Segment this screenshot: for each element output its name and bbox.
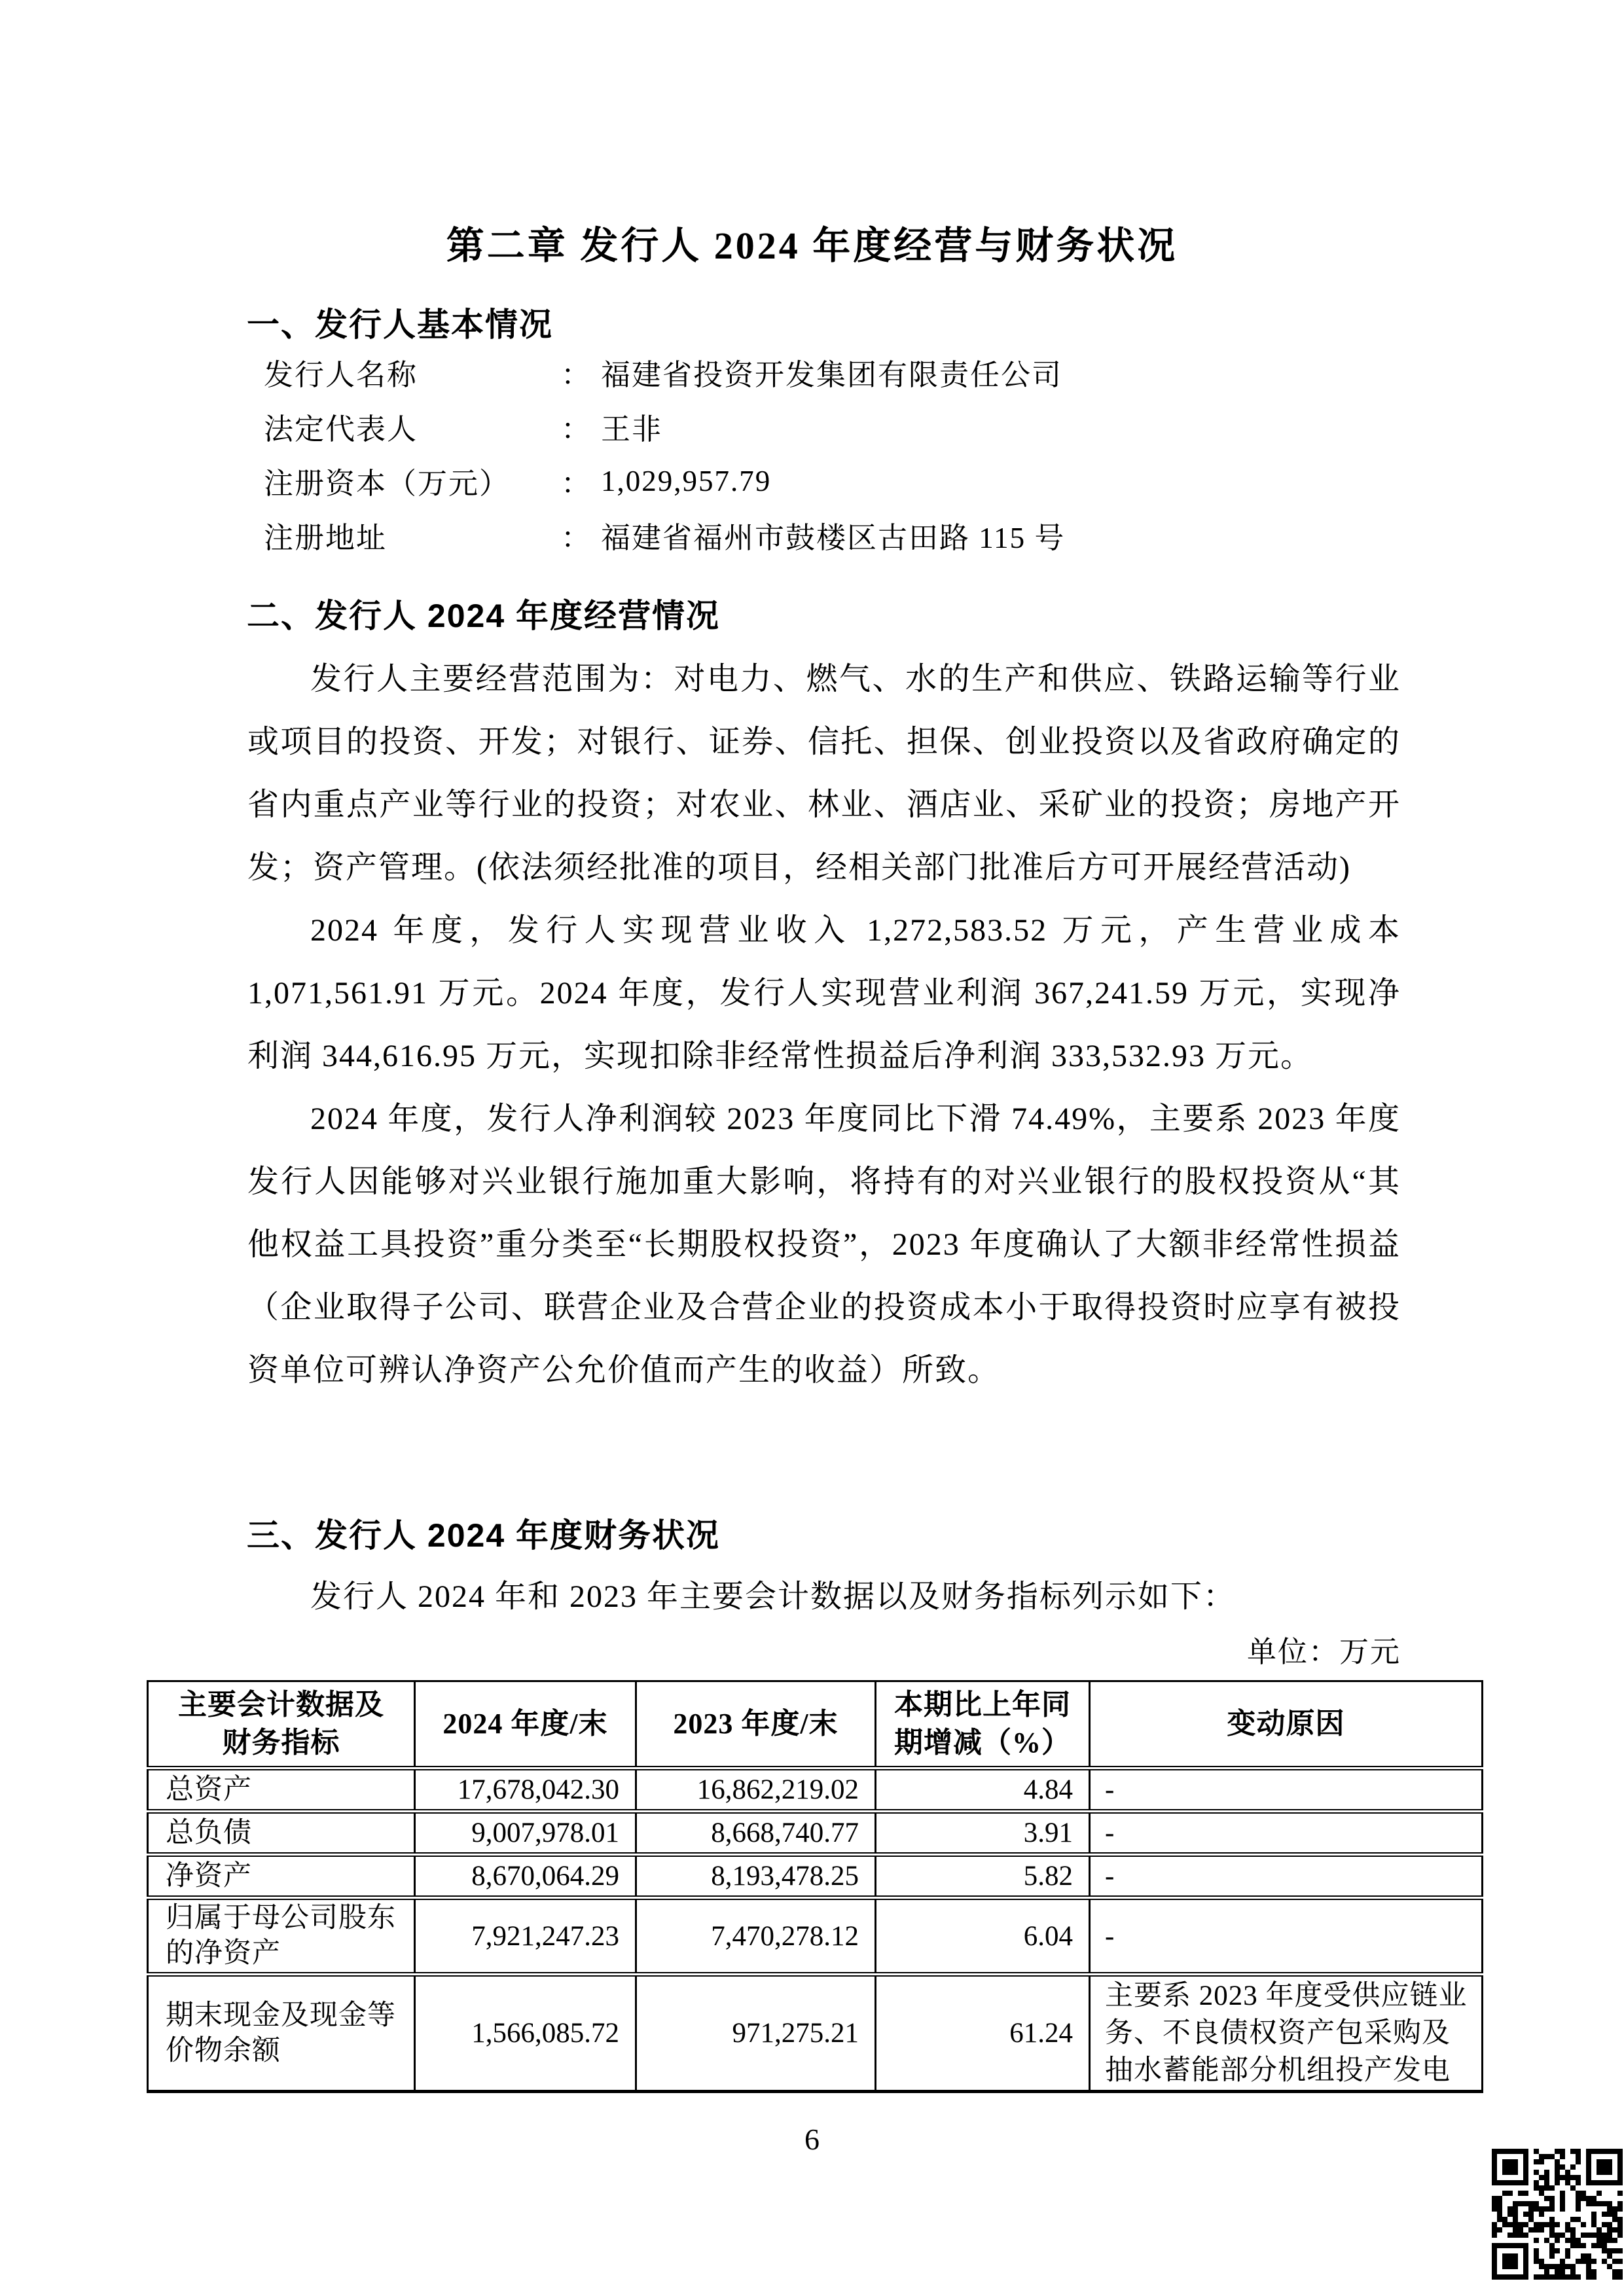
value-2024-cell: 1,566,085.72 [415,1975,636,2092]
registered-address-label: 注册地址 [264,514,561,556]
paragraph-financials-intro: 发行人 2024 年和 2023 年主要会计数据以及财务指标列示如下： [247,1566,1401,1628]
registered-capital-label: 注册资本（万元） [264,459,561,502]
value-2023-cell: 971,275.21 [636,1975,876,2092]
header-reason: 变动原因 [1090,1681,1483,1768]
header-2023: 2023 年度/末 [636,1681,876,1768]
reason-cell: 主要系 2023 年度受供应链业务、不良债权资产包采购及抽水蓄能部分机组投产发电 [1090,1975,1483,2092]
financial-indicators-table: 主要会计数据及 财务指标 2024 年度/末 2023 年度/末 本期比上年同 … [147,1680,1483,2093]
table-row: 总负债 9,007,978.01 8,668,740.77 3.91 - [148,1812,1483,1855]
colon-separator: ： [561,405,601,448]
table-row: 期末现金及现金等价物余额 1,566,085.72 971,275.21 61.… [148,1975,1483,2092]
value-2023-cell: 8,668,740.77 [636,1812,876,1855]
value-2024-cell: 17,678,042.30 [415,1768,636,1812]
table-header-row: 主要会计数据及 财务指标 2024 年度/末 2023 年度/末 本期比上年同 … [148,1681,1483,1768]
info-row-registered-capital: 注册资本（万元）：1,029,957.79 [264,454,1065,508]
value-2024-cell: 8,670,064.29 [415,1855,636,1898]
reason-cell: - [1090,1855,1483,1898]
info-row-issuer-name: 发行人名称：福建省投资开发集团有限责任公司 [264,345,1065,399]
issuer-name-label: 发行人名称 [264,351,561,393]
reason-cell: - [1090,1768,1483,1812]
header-change: 本期比上年同 期增减（%） [876,1681,1090,1768]
colon-separator: ： [561,459,601,502]
document-page: 第二章 发行人 2024 年度经营与财务状况 一、发行人基本情况 发行人名称：福… [0,0,1624,2296]
value-2023-cell: 7,470,278.12 [636,1898,876,1975]
reason-cell: - [1090,1812,1483,1855]
basic-info-list: 发行人名称：福建省投资开发集团有限责任公司 法定代表人：王非 注册资本（万元）：… [264,345,1065,562]
change-cell: 6.04 [876,1898,1090,1975]
unit-note: 单位：万元 [247,1628,1401,1670]
table-row: 归属于母公司股东的净资产 7,921,247.23 7,470,278.12 6… [148,1898,1483,1975]
section-heading-basic-info: 一、发行人基本情况 [247,298,553,346]
info-row-legal-representative: 法定代表人：王非 [264,399,1065,454]
legal-representative-label: 法定代表人 [264,405,561,448]
reason-cell: - [1090,1898,1483,1975]
indicator-cell: 总资产 [148,1768,415,1812]
page-number: 6 [0,2122,1624,2157]
legal-representative-value: 王非 [601,405,662,448]
value-2024-cell: 7,921,247.23 [415,1898,636,1975]
page-title: 第二章 发行人 2024 年度经营与财务状况 [0,215,1624,270]
paragraph-net-profit-decline: 2024 年度，发行人净利润较 2023 年度同比下滑 74.49%，主要系 2… [247,1088,1401,1402]
section-heading-financials: 三、发行人 2024 年度财务状况 [247,1509,720,1556]
paragraph-revenue-results: 2024 年度，发行人实现营业收入 1,272,583.52 万元，产生营业成本… [247,899,1401,1088]
paragraph-business-scope: 发行人主要经营范围为：对电力、燃气、水的生产和供应、铁路运输等行业或项目的投资、… [247,648,1401,899]
change-cell: 5.82 [876,1855,1090,1898]
qr-code-icon [1492,2149,1623,2280]
colon-separator: ： [561,351,601,393]
indicator-cell: 净资产 [148,1855,415,1898]
issuer-name-value: 福建省投资开发集团有限责任公司 [601,351,1062,393]
registered-capital-value: 1,029,957.79 [601,464,771,498]
header-indicator: 主要会计数据及 财务指标 [148,1681,415,1768]
table-row: 净资产 8,670,064.29 8,193,478.25 5.82 - [148,1855,1483,1898]
operations-paragraphs: 发行人主要经营范围为：对电力、燃气、水的生产和供应、铁路运输等行业或项目的投资、… [247,648,1401,1402]
section-heading-operations: 二、发行人 2024 年度经营情况 [247,590,720,637]
registered-address-value: 福建省福州市鼓楼区古田路 115 号 [601,514,1065,556]
indicator-cell: 总负债 [148,1812,415,1855]
value-2023-cell: 8,193,478.25 [636,1855,876,1898]
change-cell: 4.84 [876,1768,1090,1812]
indicator-cell: 归属于母公司股东的净资产 [148,1898,415,1975]
change-cell: 3.91 [876,1812,1090,1855]
value-2024-cell: 9,007,978.01 [415,1812,636,1855]
table-row: 总资产 17,678,042.30 16,862,219.02 4.84 - [148,1768,1483,1812]
change-cell: 61.24 [876,1975,1090,2092]
indicator-cell: 期末现金及现金等价物余额 [148,1975,415,2092]
header-2024: 2024 年度/末 [415,1681,636,1768]
value-2023-cell: 16,862,219.02 [636,1768,876,1812]
financials-intro: 发行人 2024 年和 2023 年主要会计数据以及财务指标列示如下： [247,1566,1401,1628]
colon-separator: ： [561,514,601,556]
info-row-registered-address: 注册地址：福建省福州市鼓楼区古田路 115 号 [264,508,1065,562]
